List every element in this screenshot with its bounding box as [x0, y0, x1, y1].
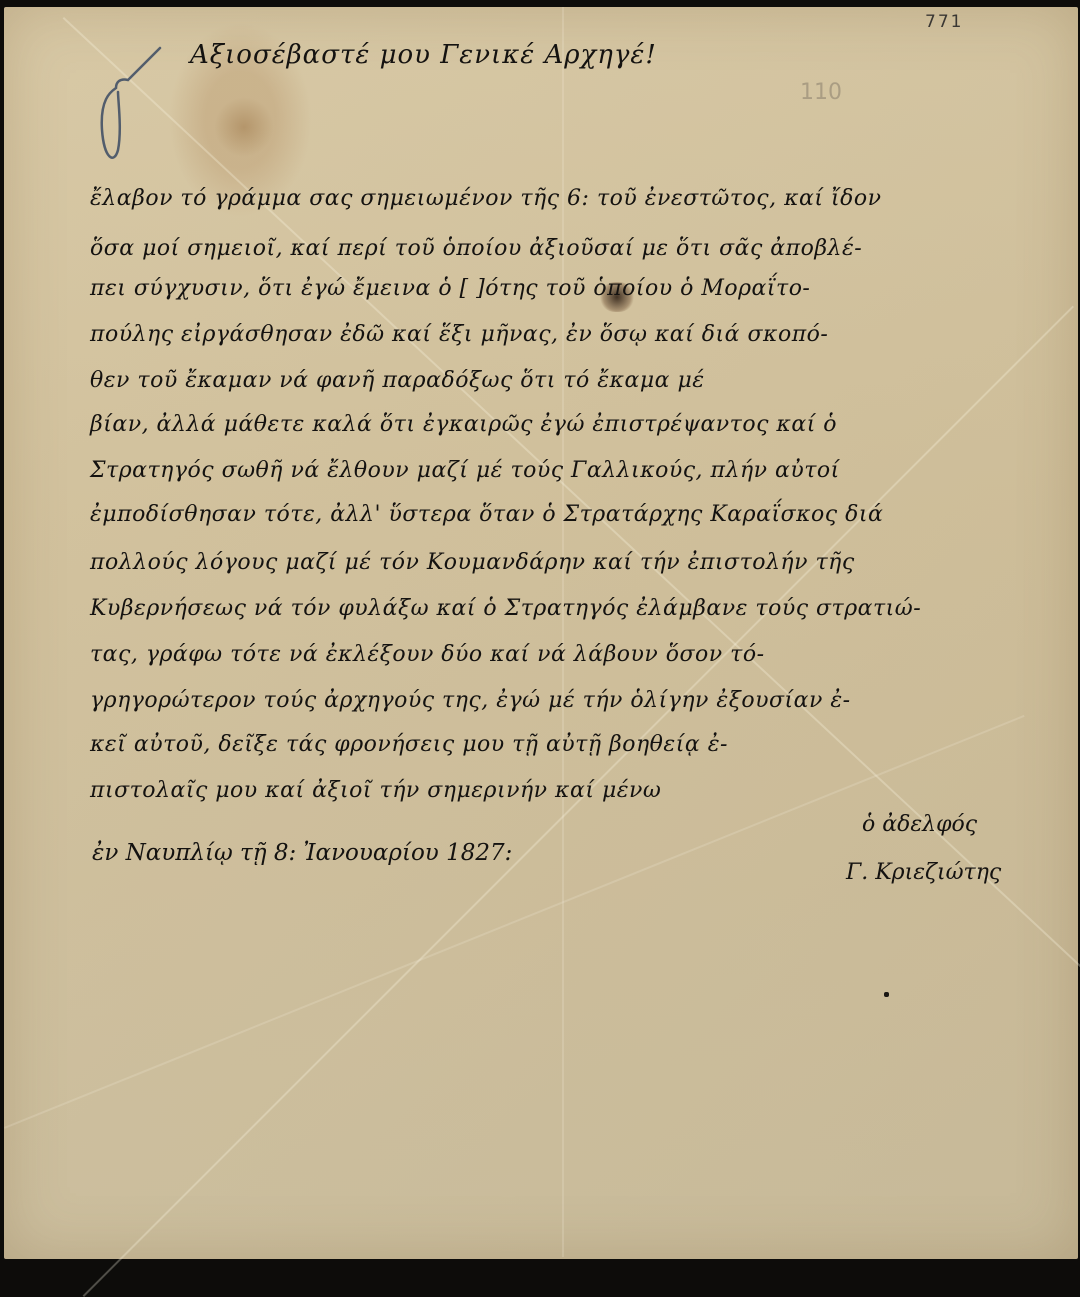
body-line: κεῖ αὐτοῦ, δεῖξε τάς φρονήσεις μου τῇ αὐ…	[90, 732, 728, 757]
body-line: θεν τοῦ ἔκαμαν νά φανῆ παραδόξως ὅτι τό …	[90, 368, 705, 393]
body-line: ἐμποδίσθησαν τότε, ἀλλ' ὕστερα ὅταν ὁ Στ…	[90, 502, 883, 527]
body-line: ὅσα μοί σημειοῖ, καί περί τοῦ ὁποίου ἀξι…	[90, 236, 862, 261]
stain	[214, 97, 274, 157]
ink-speck	[884, 992, 889, 997]
body-line: πούλης εἰργάσθησαν ἐδῶ καί ἕξι μῆνας, ἐν…	[90, 322, 828, 347]
fold-crease	[63, 17, 1080, 1041]
body-line: πολλούς λόγους μαζί μέ τόν Κουμανδάρην κ…	[90, 550, 855, 575]
signature: Γ. Κριεζιώτης	[846, 860, 1001, 885]
salutation: Αξιοσέβαστέ μου Γενικέ Αρχηγέ!	[190, 40, 657, 70]
body-line: βίαν, ἀλλά μάθετε καλά ὅτι ἐγκαιρῶς ἐγώ …	[90, 412, 837, 437]
faint-page-number: 110	[800, 80, 842, 105]
archive-number: 771	[925, 12, 963, 32]
scan-background: 771 110 Αξιοσέβαστέ μου Γενικέ Αρχηγέ! ἔ…	[0, 0, 1080, 1264]
body-line: πει σύγχυσιν, ὅτι ἐγώ ἔμεινα ὁ [ ]ότης τ…	[90, 276, 810, 301]
place-date-line: ἐν Ναυπλίῳ τῇ 8: Ἰανουαρίου 1827:	[92, 840, 512, 866]
body-line: Κυβερνήσεως νά τόν φυλάξω καί ὁ Στρατηγό…	[90, 596, 921, 621]
body-line: Στρατηγός σωθῆ νά ἔλθουν μαζί μέ τούς Γα…	[90, 458, 840, 483]
body-line: τας, γράφω τότε νά ἐκλέξουν δύο καί νά λ…	[90, 642, 765, 667]
body-line: ἔλαβον τό γράμμα σας σημειωμένον τῆς 6: …	[90, 186, 881, 211]
pencil-mark-icon	[88, 40, 168, 170]
body-line: πιστολαῖς μου καί ἀξιοῖ τήν σημερινήν κα…	[90, 778, 661, 803]
body-line: γρηγορώτερον τούς ἀρχηγούς της, ἐγώ μέ τ…	[90, 688, 851, 713]
closing-phrase: ὁ ἀδελφός	[862, 812, 977, 837]
